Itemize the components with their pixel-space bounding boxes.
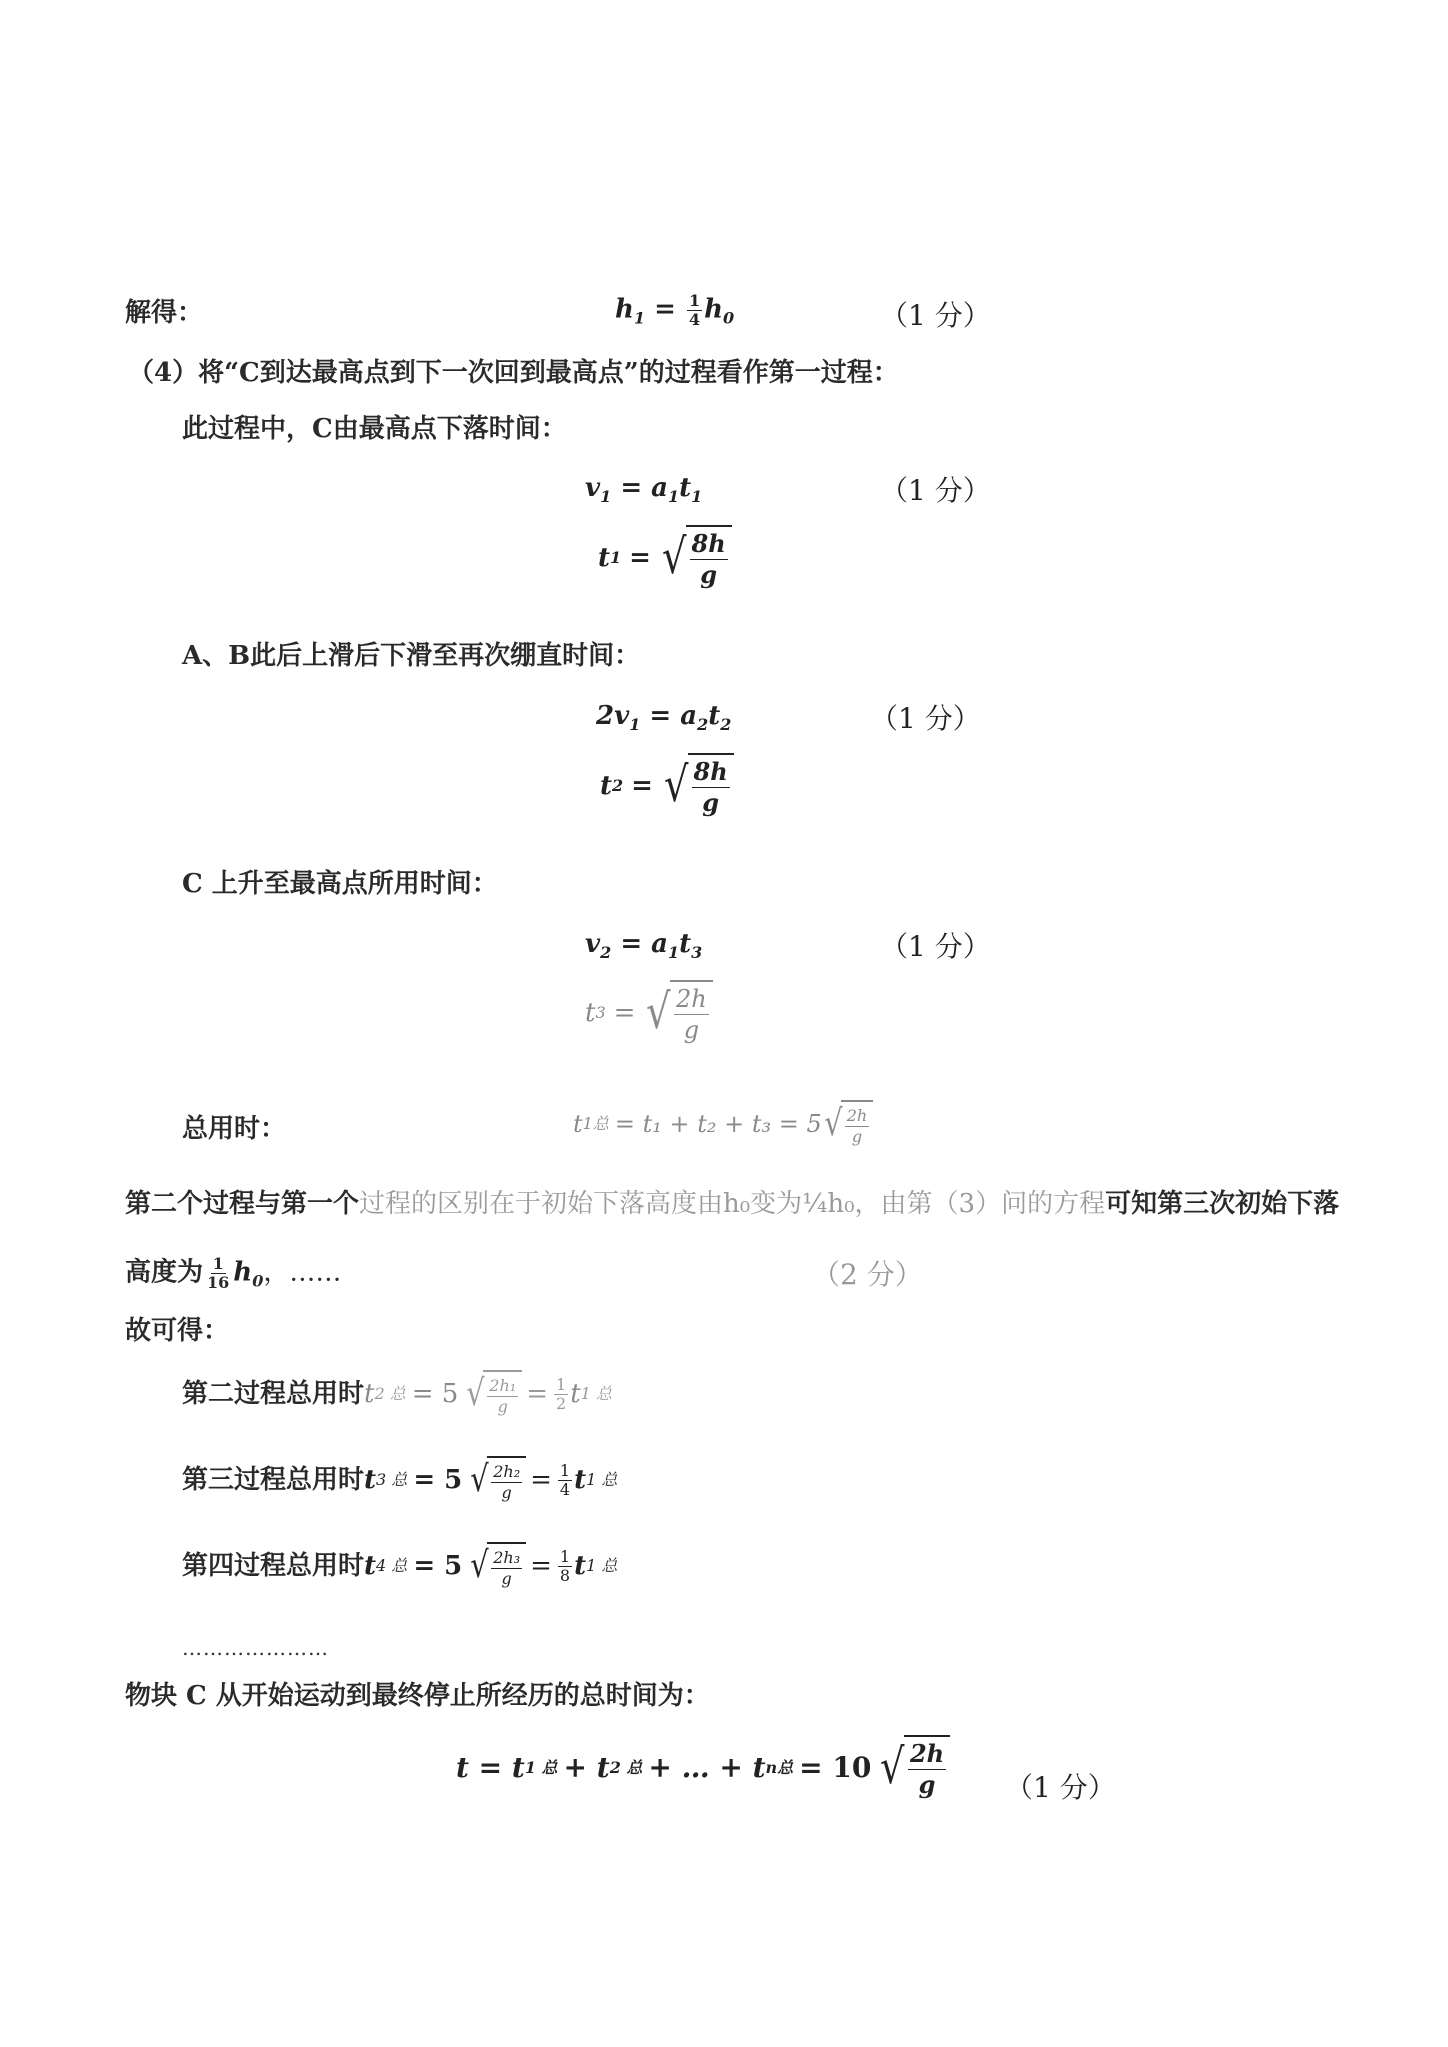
sqrt-expression: √2hg [822,1100,873,1148]
equation-v1: v1 = a1t1 [585,471,702,514]
score-label: （2 分） [812,1253,923,1293]
score-label: （1 分） [870,697,981,737]
sqrt-expression: √8hg [661,753,734,818]
third-height-line: 高度为116h0，…… [125,1255,341,1299]
sqrt-expression: √2hg [643,980,712,1045]
score-label: （1 分） [880,469,991,509]
process-2-total: 第二过程总用时 t2 总 = 5 √2h₁g = 12 t1 总 [182,1370,612,1418]
process-3-total: 第三过程总用时 t3 总 = 5 √2h₂g = 14 t1 总 [182,1456,617,1504]
total-time-label: 总用时： [182,1112,286,1146]
equation-t1: t1 = √8hg [598,525,732,590]
equation-2v1: 2v1 = a2t2 [596,699,731,742]
score-label: （1 分） [880,294,991,334]
ellipsis-dots: ………………… [182,1636,329,1660]
equation-v2: v2 = a1t3 [585,927,702,970]
therefore-label: 故可得： [125,1314,229,1348]
equation-t3: t3 = √2hg [585,980,713,1045]
equation-final-total: t = t1 总 + t2 总 + … + tn总 = 10 √2hg [456,1735,950,1800]
rise-time-label: C 上升至最高点所用时间： [182,867,498,901]
equation-t2: t2 = √8hg [600,753,734,818]
ab-slide-label: A、B此后上滑后下滑至再次绷直时间： [182,639,640,673]
equation-h1: h1 = 14h0 [615,292,734,336]
part4-intro: （4）将“C到达最高点到下一次回到最高点”的过程看作第一过程： [128,356,899,390]
second-process-paragraph: 第二个过程与第一个过程的区别在于初始下落高度由h₀变为¼h₀，由第（3）问的方程… [125,1187,1339,1221]
sqrt-expression: √8hg [659,525,732,590]
final-total-label: 物块 C 从开始运动到最终停止所经历的总时间为： [125,1679,710,1713]
process-4-total: 第四过程总用时 t4 总 = 5 √2h₃g = 18 t1 总 [182,1542,617,1590]
sqrt-expression: √2h₁g [464,1370,522,1418]
score-label: （1 分） [880,925,991,965]
solve-label: 解得： [125,296,203,330]
fall-time-label: 此过程中，C由最高点下落时间： [182,412,567,446]
sqrt-expression: √2hg [877,1735,950,1800]
sqrt-expression: √2h₂g [468,1456,526,1504]
score-label: （1 分） [1005,1766,1116,1806]
equation-total-t1: t1总 = t₁ + t₂ + t₃ = 5 √2hg [573,1100,873,1148]
sqrt-expression: √2h₃g [468,1542,526,1590]
